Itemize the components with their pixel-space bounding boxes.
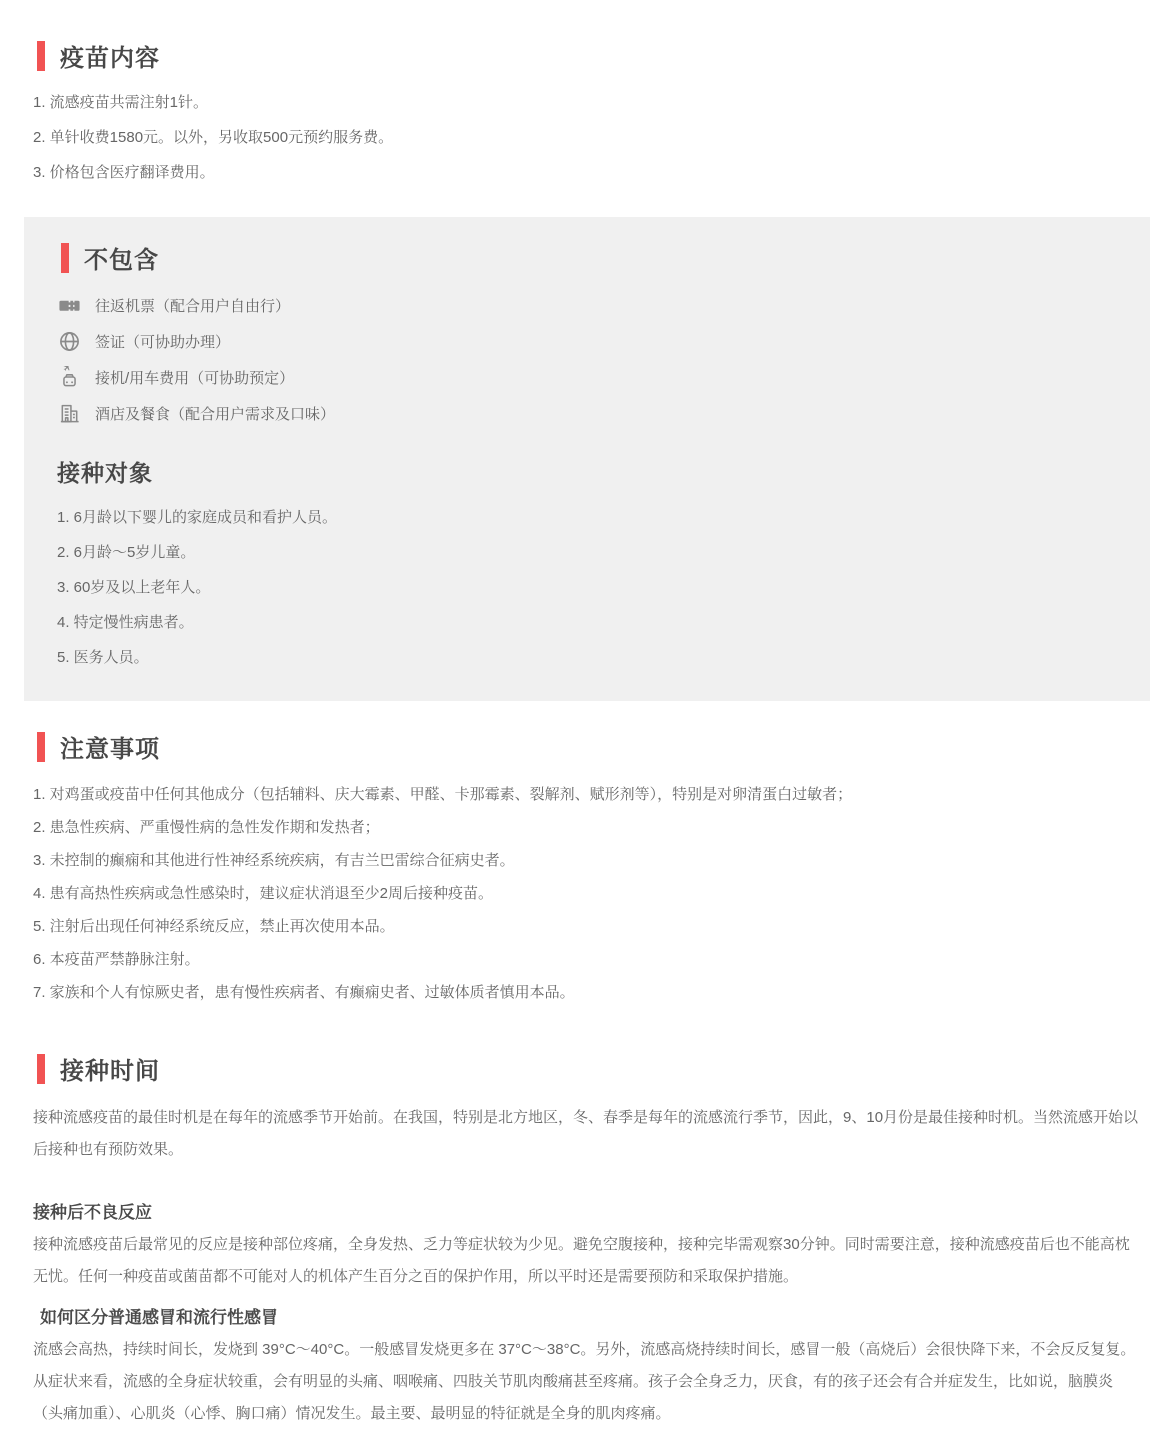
- not-included-label: 接机/用车费用（可协助预定）: [95, 367, 294, 388]
- not-included-label: 签证（可协助办理）: [95, 331, 230, 352]
- airport-pickup-icon: [57, 365, 81, 389]
- list-item: 6. 本疫苗严禁静脉注射。: [33, 943, 1146, 976]
- adverse-reactions-block: 接种后不良反应 接种流感疫苗后最常见的反应是接种部位疼痛，全身发热、乏力等症状较…: [33, 1198, 1141, 1293]
- red-accent-bar: [37, 41, 45, 71]
- list-item: 3. 60岁及以上老年人。: [57, 570, 1105, 605]
- cold-vs-flu-paragraph: 从症状来看，流感的全身症状较重，会有明显的头痛、咽喉痛、四肢关节肌肉酸痛甚至疼痛…: [33, 1366, 1141, 1430]
- list-item: 2. 6月龄～5岁儿童。: [57, 535, 1105, 570]
- section-title: 不包含: [84, 240, 159, 275]
- hotel-icon: [57, 401, 81, 425]
- cold-vs-flu-block: 如何区分普通感冒和流行性感冒 流感会高热，持续时间长，发烧到 39°C～40°C…: [33, 1303, 1141, 1430]
- list-item: 2. 单针收费1580元。以外，另收取500元预约服务费。: [33, 120, 1146, 155]
- not-included-label: 酒店及餐食（配合用户需求及口味）: [95, 403, 335, 424]
- not-included-list: 往返机票（配合用户自由行） 签证（可协助办理）: [57, 293, 1130, 425]
- not-included-panel: 不包含 往返机票（配合用户自由行）: [24, 217, 1150, 701]
- section-title: 注意事项: [60, 729, 160, 764]
- section-vaccine-content: 疫苗内容 1. 流感疫苗共需注射1针。 2. 单针收费1580元。以外，另收取5…: [0, 0, 1171, 190]
- list-item: 1. 6月龄以下婴儿的家庭成员和看护人员。: [57, 500, 1105, 535]
- section-title: 疫苗内容: [60, 38, 160, 73]
- ticket-icon: [57, 293, 81, 317]
- section-header-not-included: 不包含: [61, 240, 1130, 275]
- not-included-item-flight: 往返机票（配合用户自由行）: [57, 293, 1130, 317]
- precautions-list: 1. 对鸡蛋或疫苗中任何其他成分（包括辅料、庆大霉素、甲醛、卡那霉素、裂解剂、赋…: [33, 778, 1146, 1009]
- list-item: 5. 医务人员。: [57, 640, 1105, 675]
- globe-icon: [57, 329, 81, 353]
- cold-vs-flu-heading: 如何区分普通感冒和流行性感冒: [40, 1303, 1141, 1328]
- targets-list: 1. 6月龄以下婴儿的家庭成员和看护人员。 2. 6月龄～5岁儿童。 3. 60…: [57, 500, 1105, 675]
- list-item: 2. 患急性疾病、严重慢性病的急性发作期和发热者；: [33, 811, 1146, 844]
- section-timing: 接种时间 接种流感疫苗的最佳时机是在每年的流感季节开始前。在我国，特别是北方地区…: [0, 1009, 1171, 1430]
- red-accent-bar: [61, 243, 69, 273]
- adverse-reactions-heading: 接种后不良反应: [33, 1198, 1141, 1223]
- vaccine-content-list: 1. 流感疫苗共需注射1针。 2. 单针收费1580元。以外，另收取500元预约…: [33, 85, 1146, 190]
- list-item: 7. 家族和个人有惊厥史者，患有慢性疾病者、有癫痫史者、过敏体质者慎用本品。: [33, 976, 1146, 1009]
- section-header-vaccine-content: 疫苗内容: [37, 38, 1171, 73]
- section-precautions: 注意事项 1. 对鸡蛋或疫苗中任何其他成分（包括辅料、庆大霉素、甲醛、卡那霉素、…: [0, 701, 1171, 1009]
- not-included-item-visa: 签证（可协助办理）: [57, 329, 1130, 353]
- red-accent-bar: [37, 732, 45, 762]
- list-item: 1. 对鸡蛋或疫苗中任何其他成分（包括辅料、庆大霉素、甲醛、卡那霉素、裂解剂、赋…: [33, 778, 1146, 811]
- timing-paragraph: 接种流感疫苗的最佳时机是在每年的流感季节开始前。在我国，特别是北方地区，冬、春季…: [33, 1102, 1141, 1166]
- list-item: 4. 特定慢性病患者。: [57, 605, 1105, 640]
- vaccine-info-page: 疫苗内容 1. 流感疫苗共需注射1针。 2. 单针收费1580元。以外，另收取5…: [0, 0, 1171, 1430]
- section-header-timing: 接种时间: [37, 1051, 1171, 1086]
- not-included-item-pickup: 接机/用车费用（可协助预定）: [57, 365, 1130, 389]
- cold-vs-flu-paragraph: 流感会高热，持续时间长，发烧到 39°C～40°C。一般感冒发烧更多在 37°C…: [33, 1334, 1141, 1366]
- list-item: 3. 未控制的癫痫和其他进行性神经系统疾病，有吉兰巴雷综合征病史者。: [33, 844, 1146, 877]
- section-title: 接种时间: [60, 1051, 160, 1086]
- targets-title: 接种对象: [57, 455, 1130, 488]
- not-included-label: 往返机票（配合用户自由行）: [95, 295, 290, 316]
- adverse-reactions-paragraph: 接种流感疫苗后最常见的反应是接种部位疼痛，全身发热、乏力等症状较为少见。避免空腹…: [33, 1229, 1141, 1293]
- list-item: 5. 注射后出现任何神经系统反应，禁止再次使用本品。: [33, 910, 1146, 943]
- red-accent-bar: [37, 1054, 45, 1084]
- section-header-precautions: 注意事项: [37, 729, 1171, 764]
- list-item: 1. 流感疫苗共需注射1针。: [33, 85, 1146, 120]
- list-item: 4. 患有高热性疾病或急性感染时，建议症状消退至少2周后接种疫苗。: [33, 877, 1146, 910]
- list-item: 3. 价格包含医疗翻译费用。: [33, 155, 1146, 190]
- not-included-item-hotel: 酒店及餐食（配合用户需求及口味）: [57, 401, 1130, 425]
